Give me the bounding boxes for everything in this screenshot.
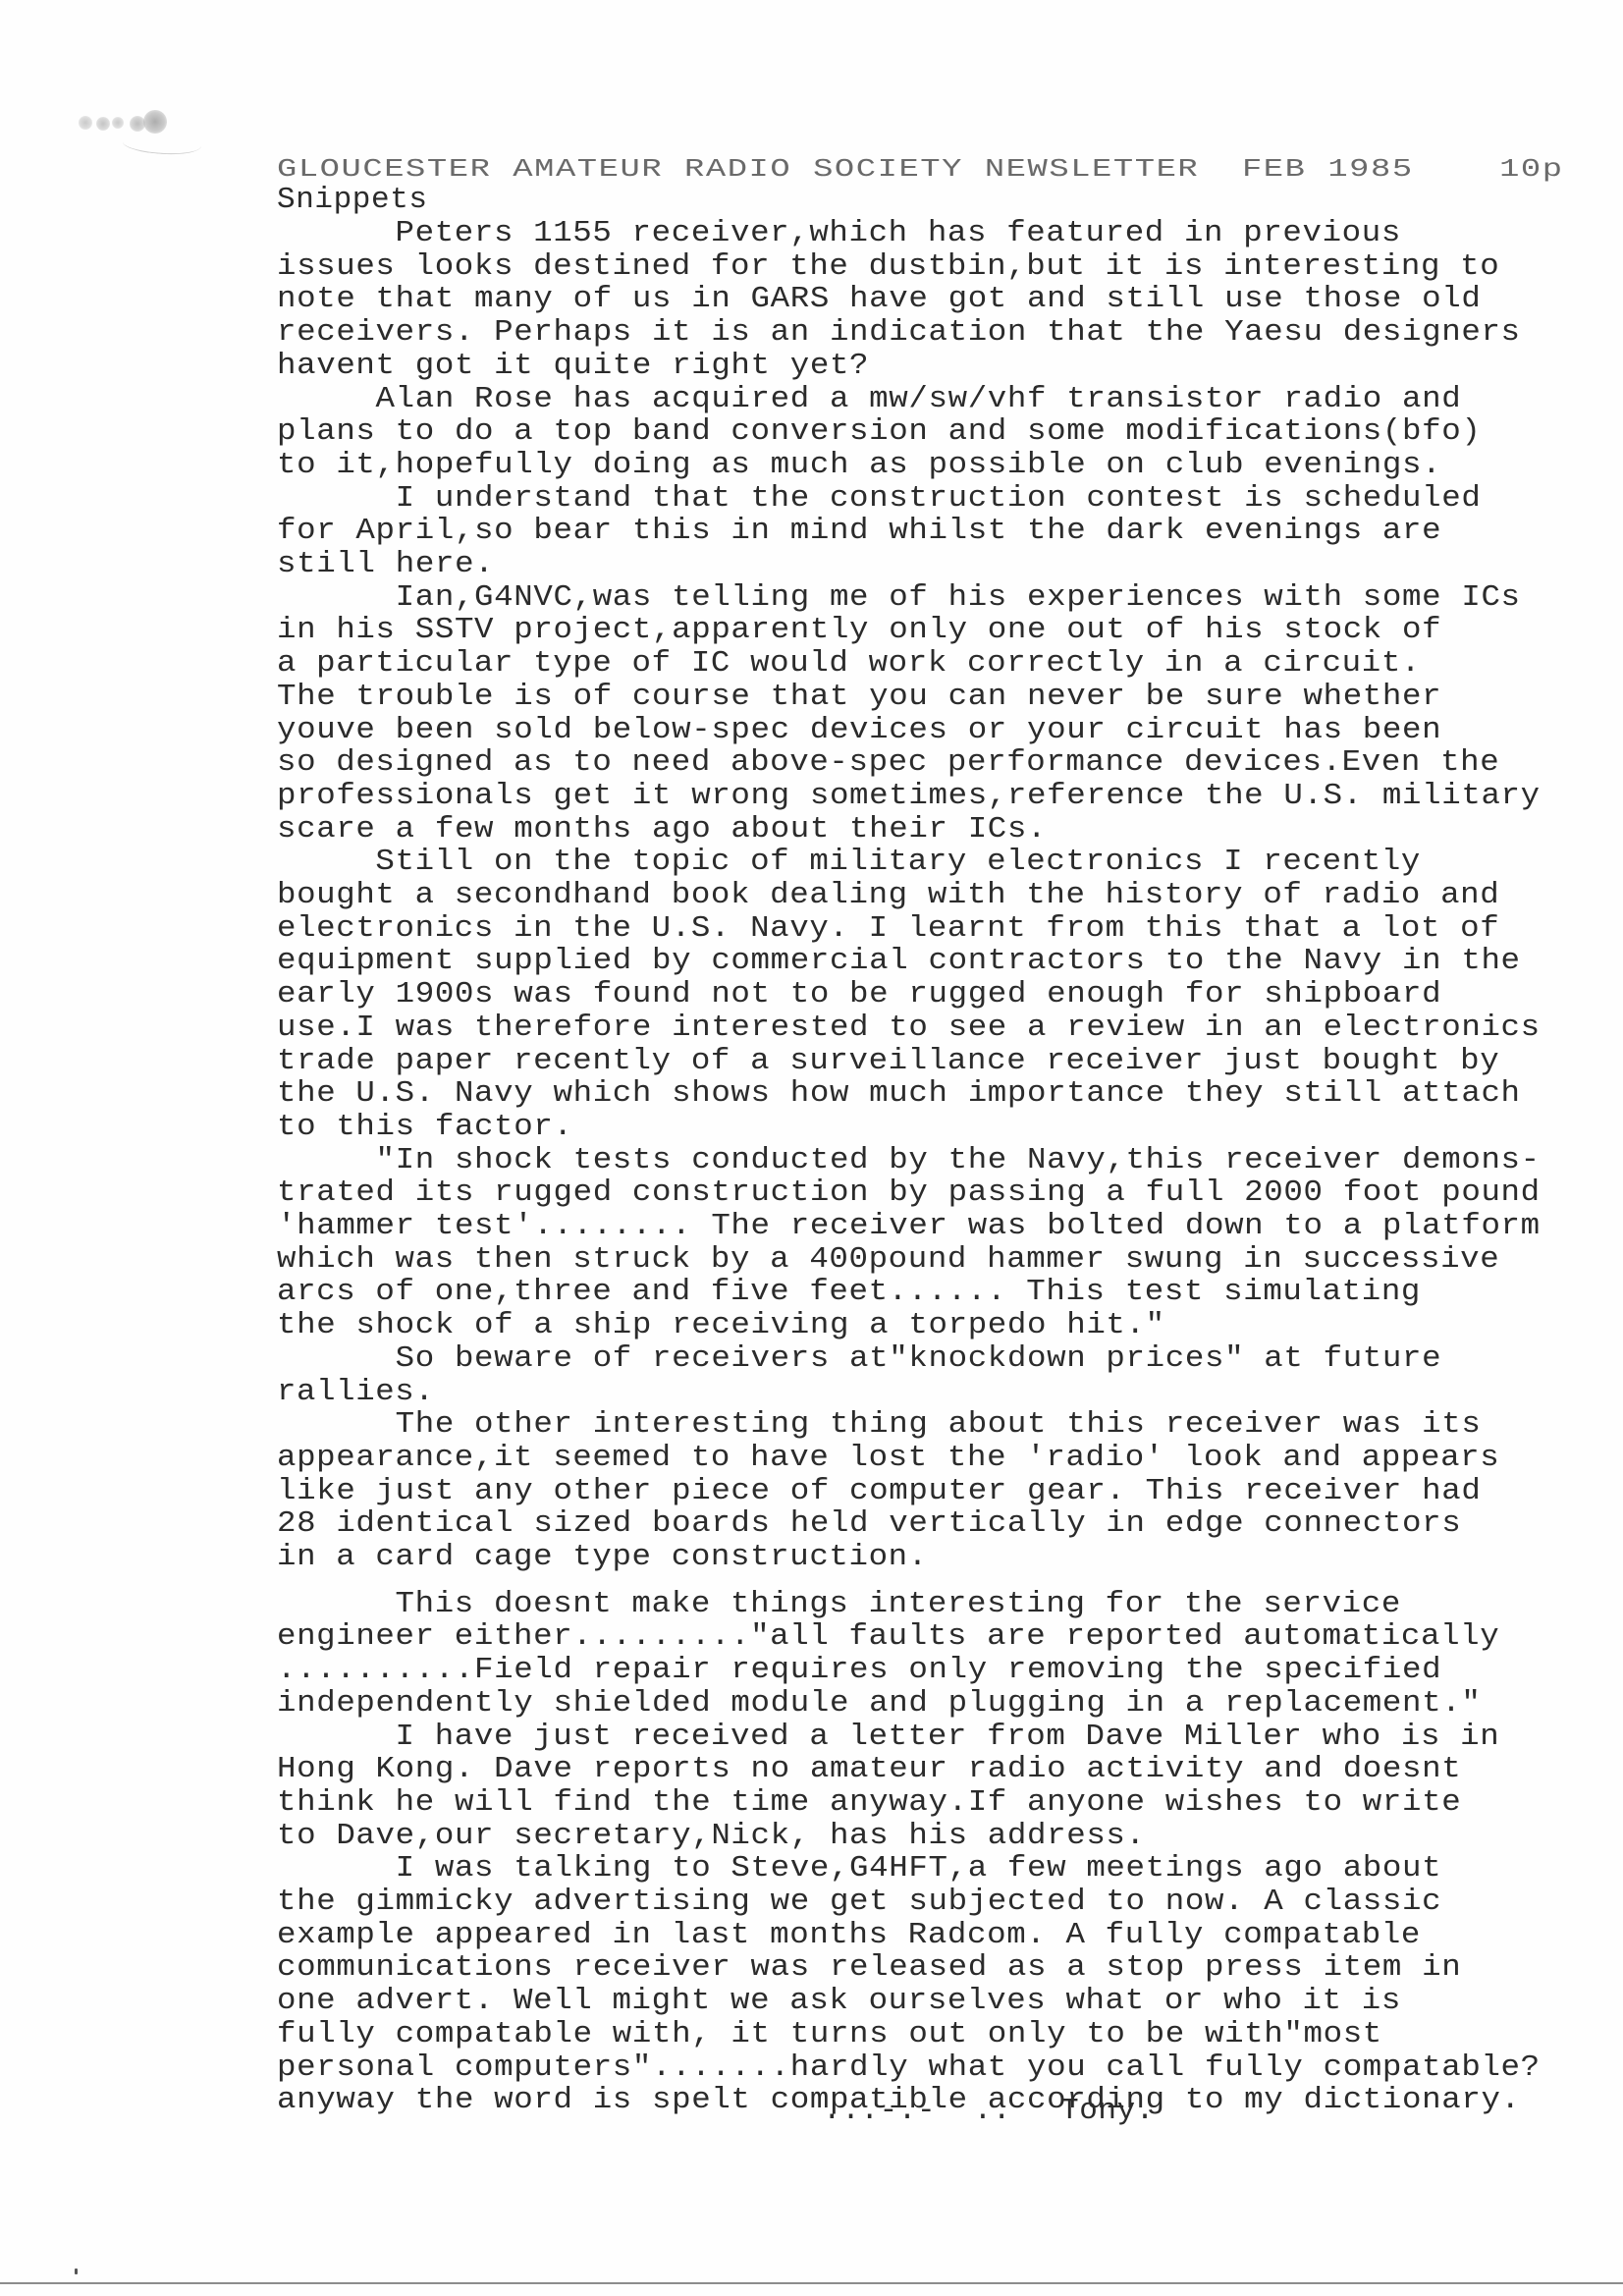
signoff-morse: ...-.- .. [823,2095,1011,2128]
body-line: trated its rugged construction by passin… [277,1176,1541,1210]
body-line: issues looks destined for the dustbin,bu… [277,250,1499,284]
body-line: think he will find the time anyway.If an… [277,1786,1461,1820]
body-line: havent got it quite right yet? [277,350,869,383]
body-line: I understand that the construction conte… [277,482,1481,516]
paper-smear [122,130,202,158]
body-line: electronics in the U.S. Navy. I learnt f… [277,912,1499,946]
body-line: The trouble is of course that you can ne… [277,681,1441,714]
body-line: I was talking to Steve,G4HFT,a few meeti… [277,1852,1441,1886]
newsletter-page: GLOUCESTER AMATEUR RADIO SOCIETY NEWSLET… [0,0,1623,2296]
body-line: early 1900s was found not to be rugged e… [277,978,1441,1011]
body-line: Still on the topic of military electroni… [277,846,1421,879]
body-line: in a card cage type construction. [277,1541,928,1574]
body-line: for April,so bear this in mind whilst th… [277,515,1441,548]
body-line: rallies. [277,1376,434,1409]
body-line: so designed as to need above-spec perfor… [277,746,1499,780]
body-line: example appeared in last months Radcom. … [277,1919,1421,1952]
body-line: equipment supplied by commercial contrac… [277,945,1521,978]
body-line: communications receiver was released as … [277,1951,1461,1985]
body-line: bought a secondhand book dealing with th… [277,879,1499,912]
body-line: 28 identical sized boards held verticall… [277,1507,1461,1541]
stray-ink-mark [75,2269,78,2274]
body-line: receivers. Perhaps it is an indication t… [277,316,1521,350]
body-line: plans to do a top band conversion and so… [277,415,1481,449]
body-line: the shock of a ship receiving a torpedo … [277,1309,1165,1342]
body-line: professionals get it wrong sometimes,ref… [277,780,1541,813]
body-line: Hong Kong. Dave reports no amateur radio… [277,1753,1461,1786]
body-line: note that many of us in GARS have got an… [277,283,1481,316]
body-line: "In shock tests conducted by the Navy,th… [277,1144,1541,1177]
page-bottom-edge [0,2282,1623,2284]
body-line: the gimmicky advertising we get subjecte… [277,1886,1441,1919]
body-line: in his SSTV project,apparently only one … [277,614,1441,647]
body-line: engineer either........."all faults are … [277,1620,1499,1654]
body-line: Alan Rose has acquired a mw/sw/vhf trans… [277,383,1461,416]
body-line: appearance,it seemed to have lost the 'r… [277,1442,1499,1475]
body-line: to Dave,our secretary,Nick, has his addr… [277,1820,1146,1853]
body-line: which was then struck by a 400pound hamm… [277,1243,1499,1277]
body-line: youve been sold below-spec devices or yo… [277,714,1441,747]
body-line: still here. [277,548,494,581]
body-line: Ian,G4NVC,was telling me of his experien… [277,581,1521,615]
body-line: use.I was therefore interested to see a … [277,1011,1541,1045]
signoff-name: Tony. [1060,2095,1155,2128]
body-line: fully compatable with, it turns out only… [277,2018,1382,2051]
body-line: to this factor. [277,1111,573,1144]
body-line: 'hammer test'........ The receiver was b… [277,1210,1541,1243]
body-line: The other interesting thing about this r… [277,1408,1481,1442]
body-line: personal computers".......hardly what yo… [277,2051,1541,2085]
body-line: one advert. Well might we ask ourselves … [277,1985,1401,2018]
body-line: a particular type of IC would work corre… [277,647,1421,681]
body-line: trade paper recently of a surveillance r… [277,1045,1499,1078]
body-line: to it,hopefully doing as much as possibl… [277,449,1441,482]
body-line: This doesnt make things interesting for … [277,1588,1401,1621]
body-line: Peters 1155 receiver,which has featured … [277,217,1401,250]
body-line: ..........Field repair requires only rem… [277,1654,1441,1687]
body-line: So beware of receivers at"knockdown pric… [277,1342,1441,1376]
body-line: arcs of one,three and five feet...... Th… [277,1276,1421,1309]
section-title: Snippets [277,184,428,217]
body-line: scare a few months ago about their ICs. [277,813,1047,847]
body-line: like just any other piece of computer ge… [277,1475,1481,1508]
body-line: independently shielded module and pluggi… [277,1687,1481,1721]
newsletter-header: GLOUCESTER AMATEUR RADIO SOCIETY NEWSLET… [277,152,1564,186]
body-line: the U.S. Navy which shows how much impor… [277,1077,1521,1111]
body-line: I have just received a letter from Dave … [277,1721,1499,1754]
